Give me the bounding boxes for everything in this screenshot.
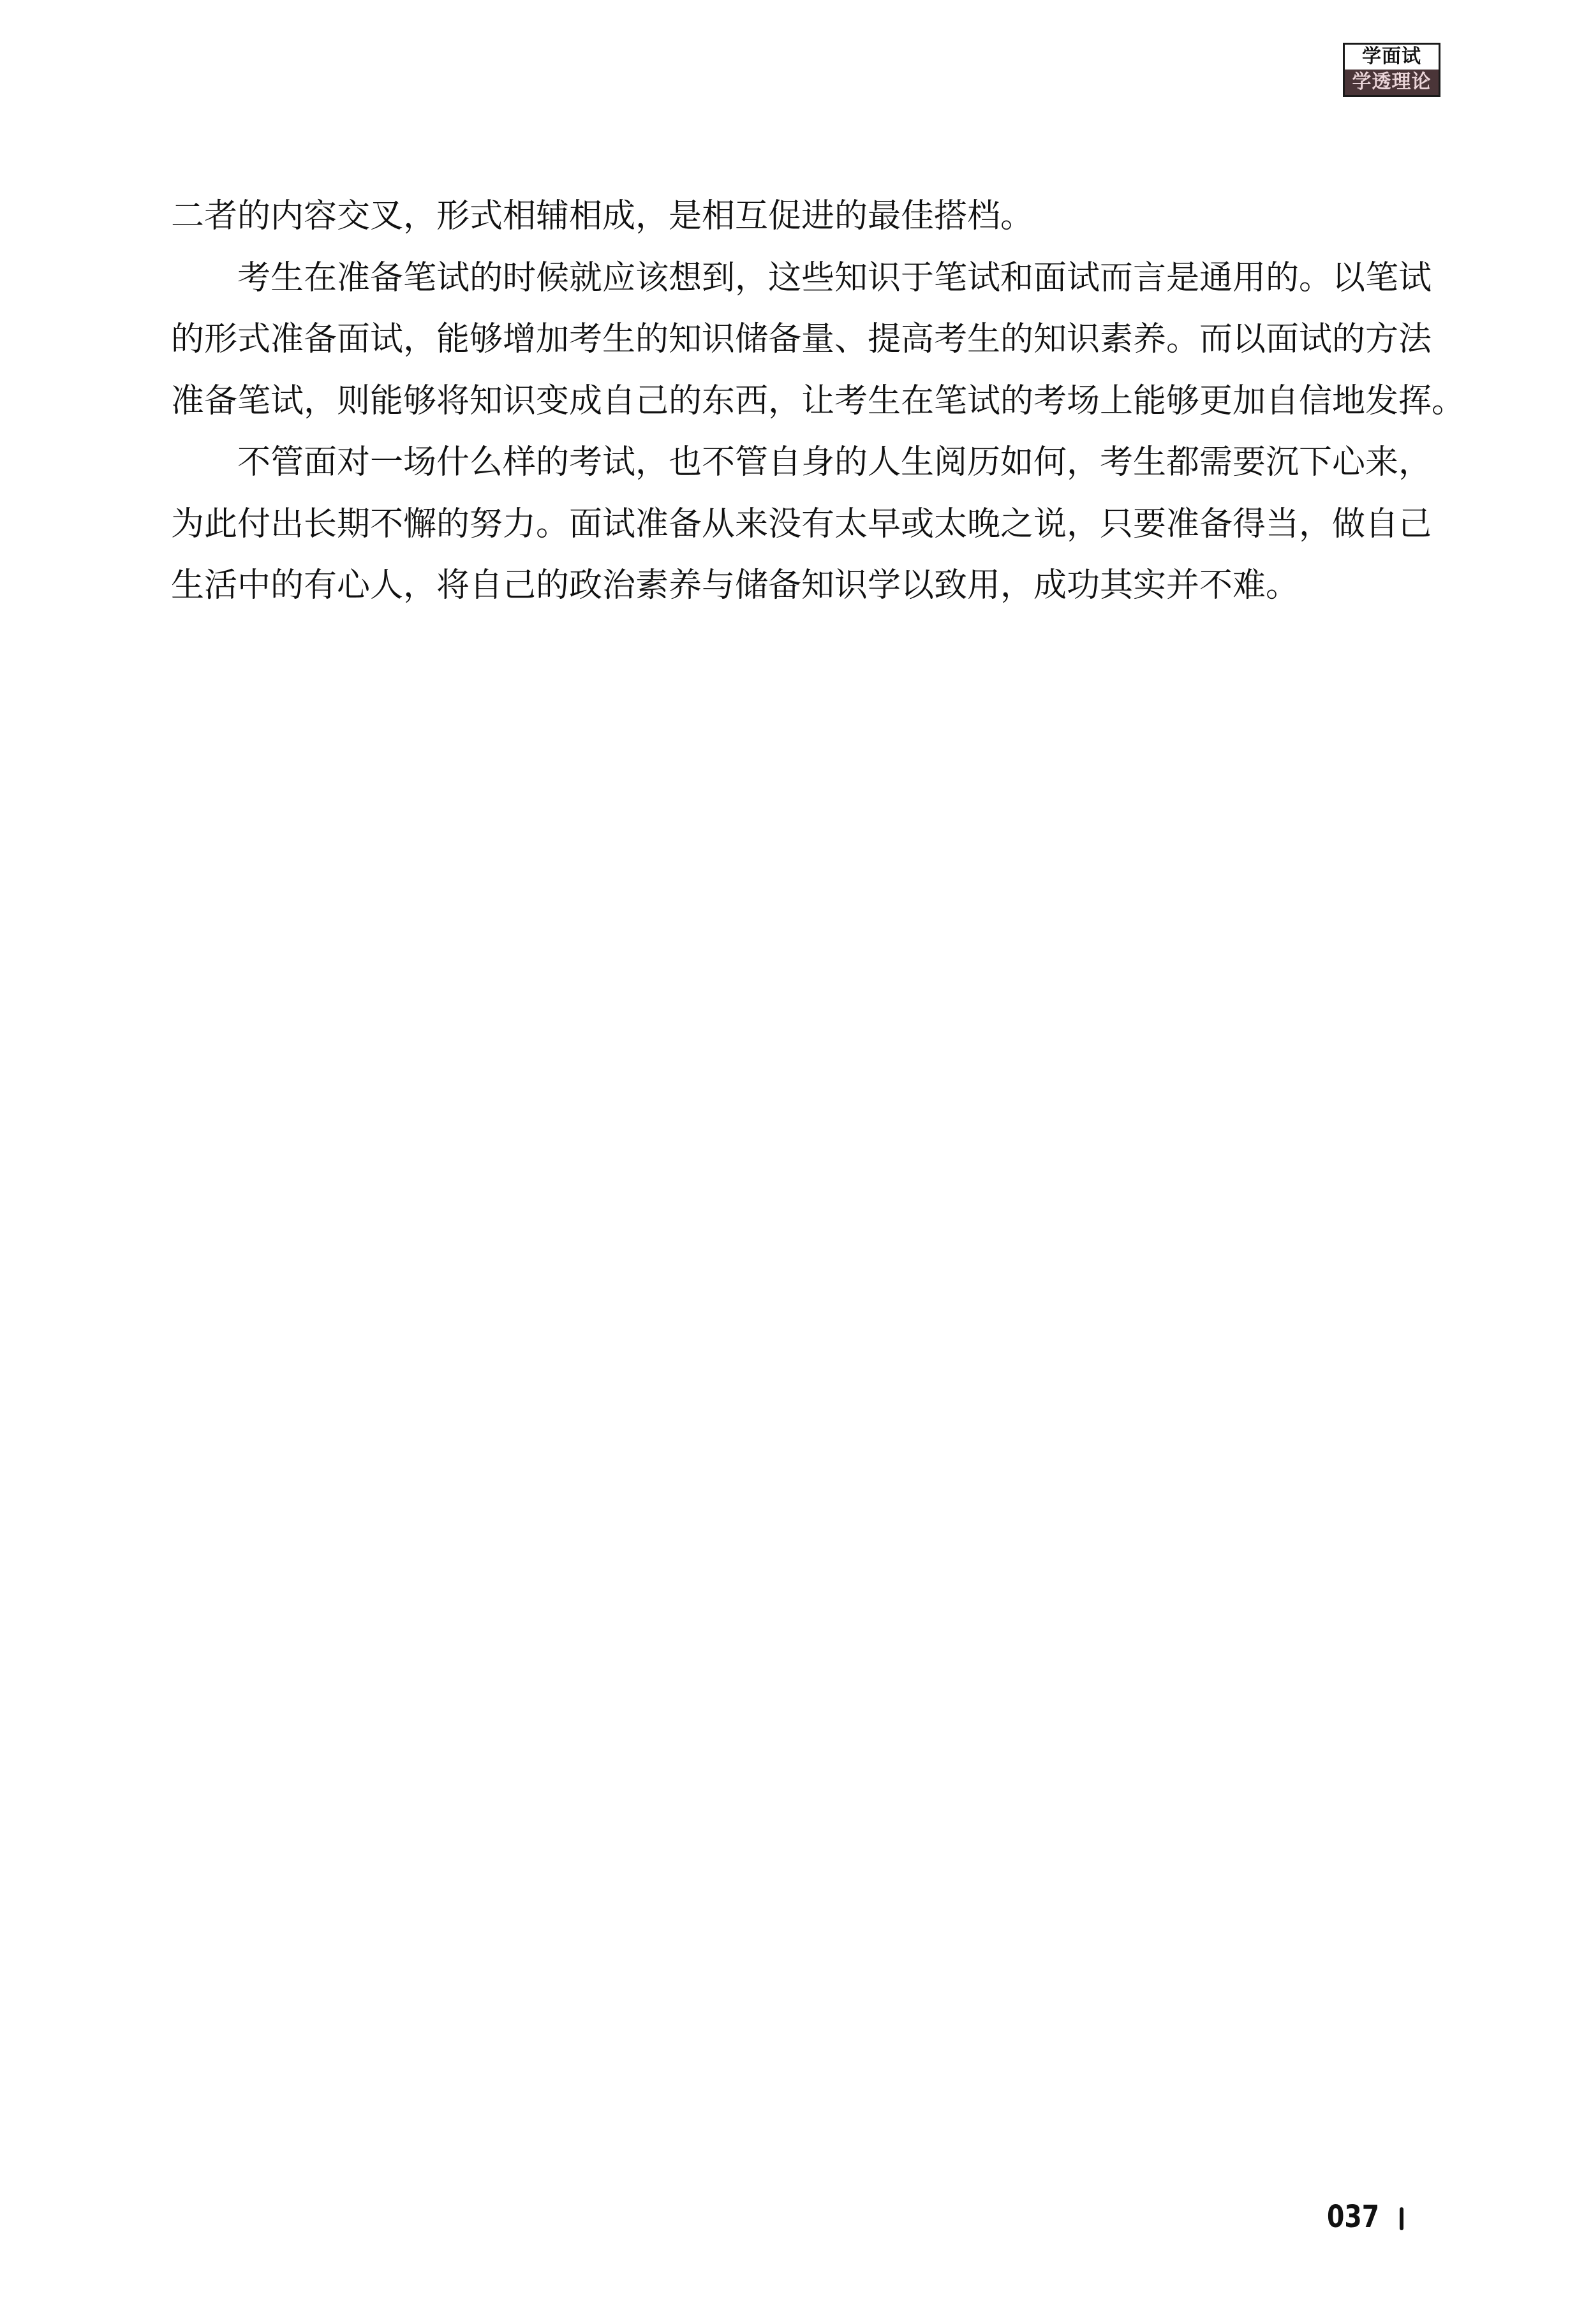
text-line: 为此付出长期不懈的努力。面试准备从来没有太早或太晚之说，只要准备得当，做自己 [171,494,1403,555]
page-number-divider [1400,2207,1403,2230]
text-line: 的形式准备面试，能够增加考生的知识储备量、提高考生的知识素养。而以面试的方法 [171,309,1403,371]
text-line: 生活中的有心人，将自己的政治素养与储备知识学以致用，成功其实并不难。 [171,555,1403,617]
section-badge: 学面试 学透理论 [1343,43,1440,97]
text-line: 二者的内容交叉，形式相辅相成，是相互促进的最佳搭档。 [171,186,1403,247]
badge-bottom-label: 学透理论 [1345,70,1439,95]
paragraph-start-line: 考生在准备笔试的时候就应该想到，这些知识于笔试和面试而言是通用的。以笔试 [171,247,1403,309]
text-line: 准备笔试，则能够将知识变成自己的东西，让考生在笔试的考场上能够更加自信地发挥。 [171,371,1403,432]
body-text: 二者的内容交叉，形式相辅相成，是相互促进的最佳搭档。 考生在准备笔试的时候就应该… [171,186,1403,617]
page-number: 037 [1327,2199,1379,2235]
paragraph-start-line: 不管面对一场什么样的考试，也不管自身的人生阅历如何，考生都需要沉下心来， [171,432,1403,494]
badge-top-label: 学面试 [1345,45,1439,70]
